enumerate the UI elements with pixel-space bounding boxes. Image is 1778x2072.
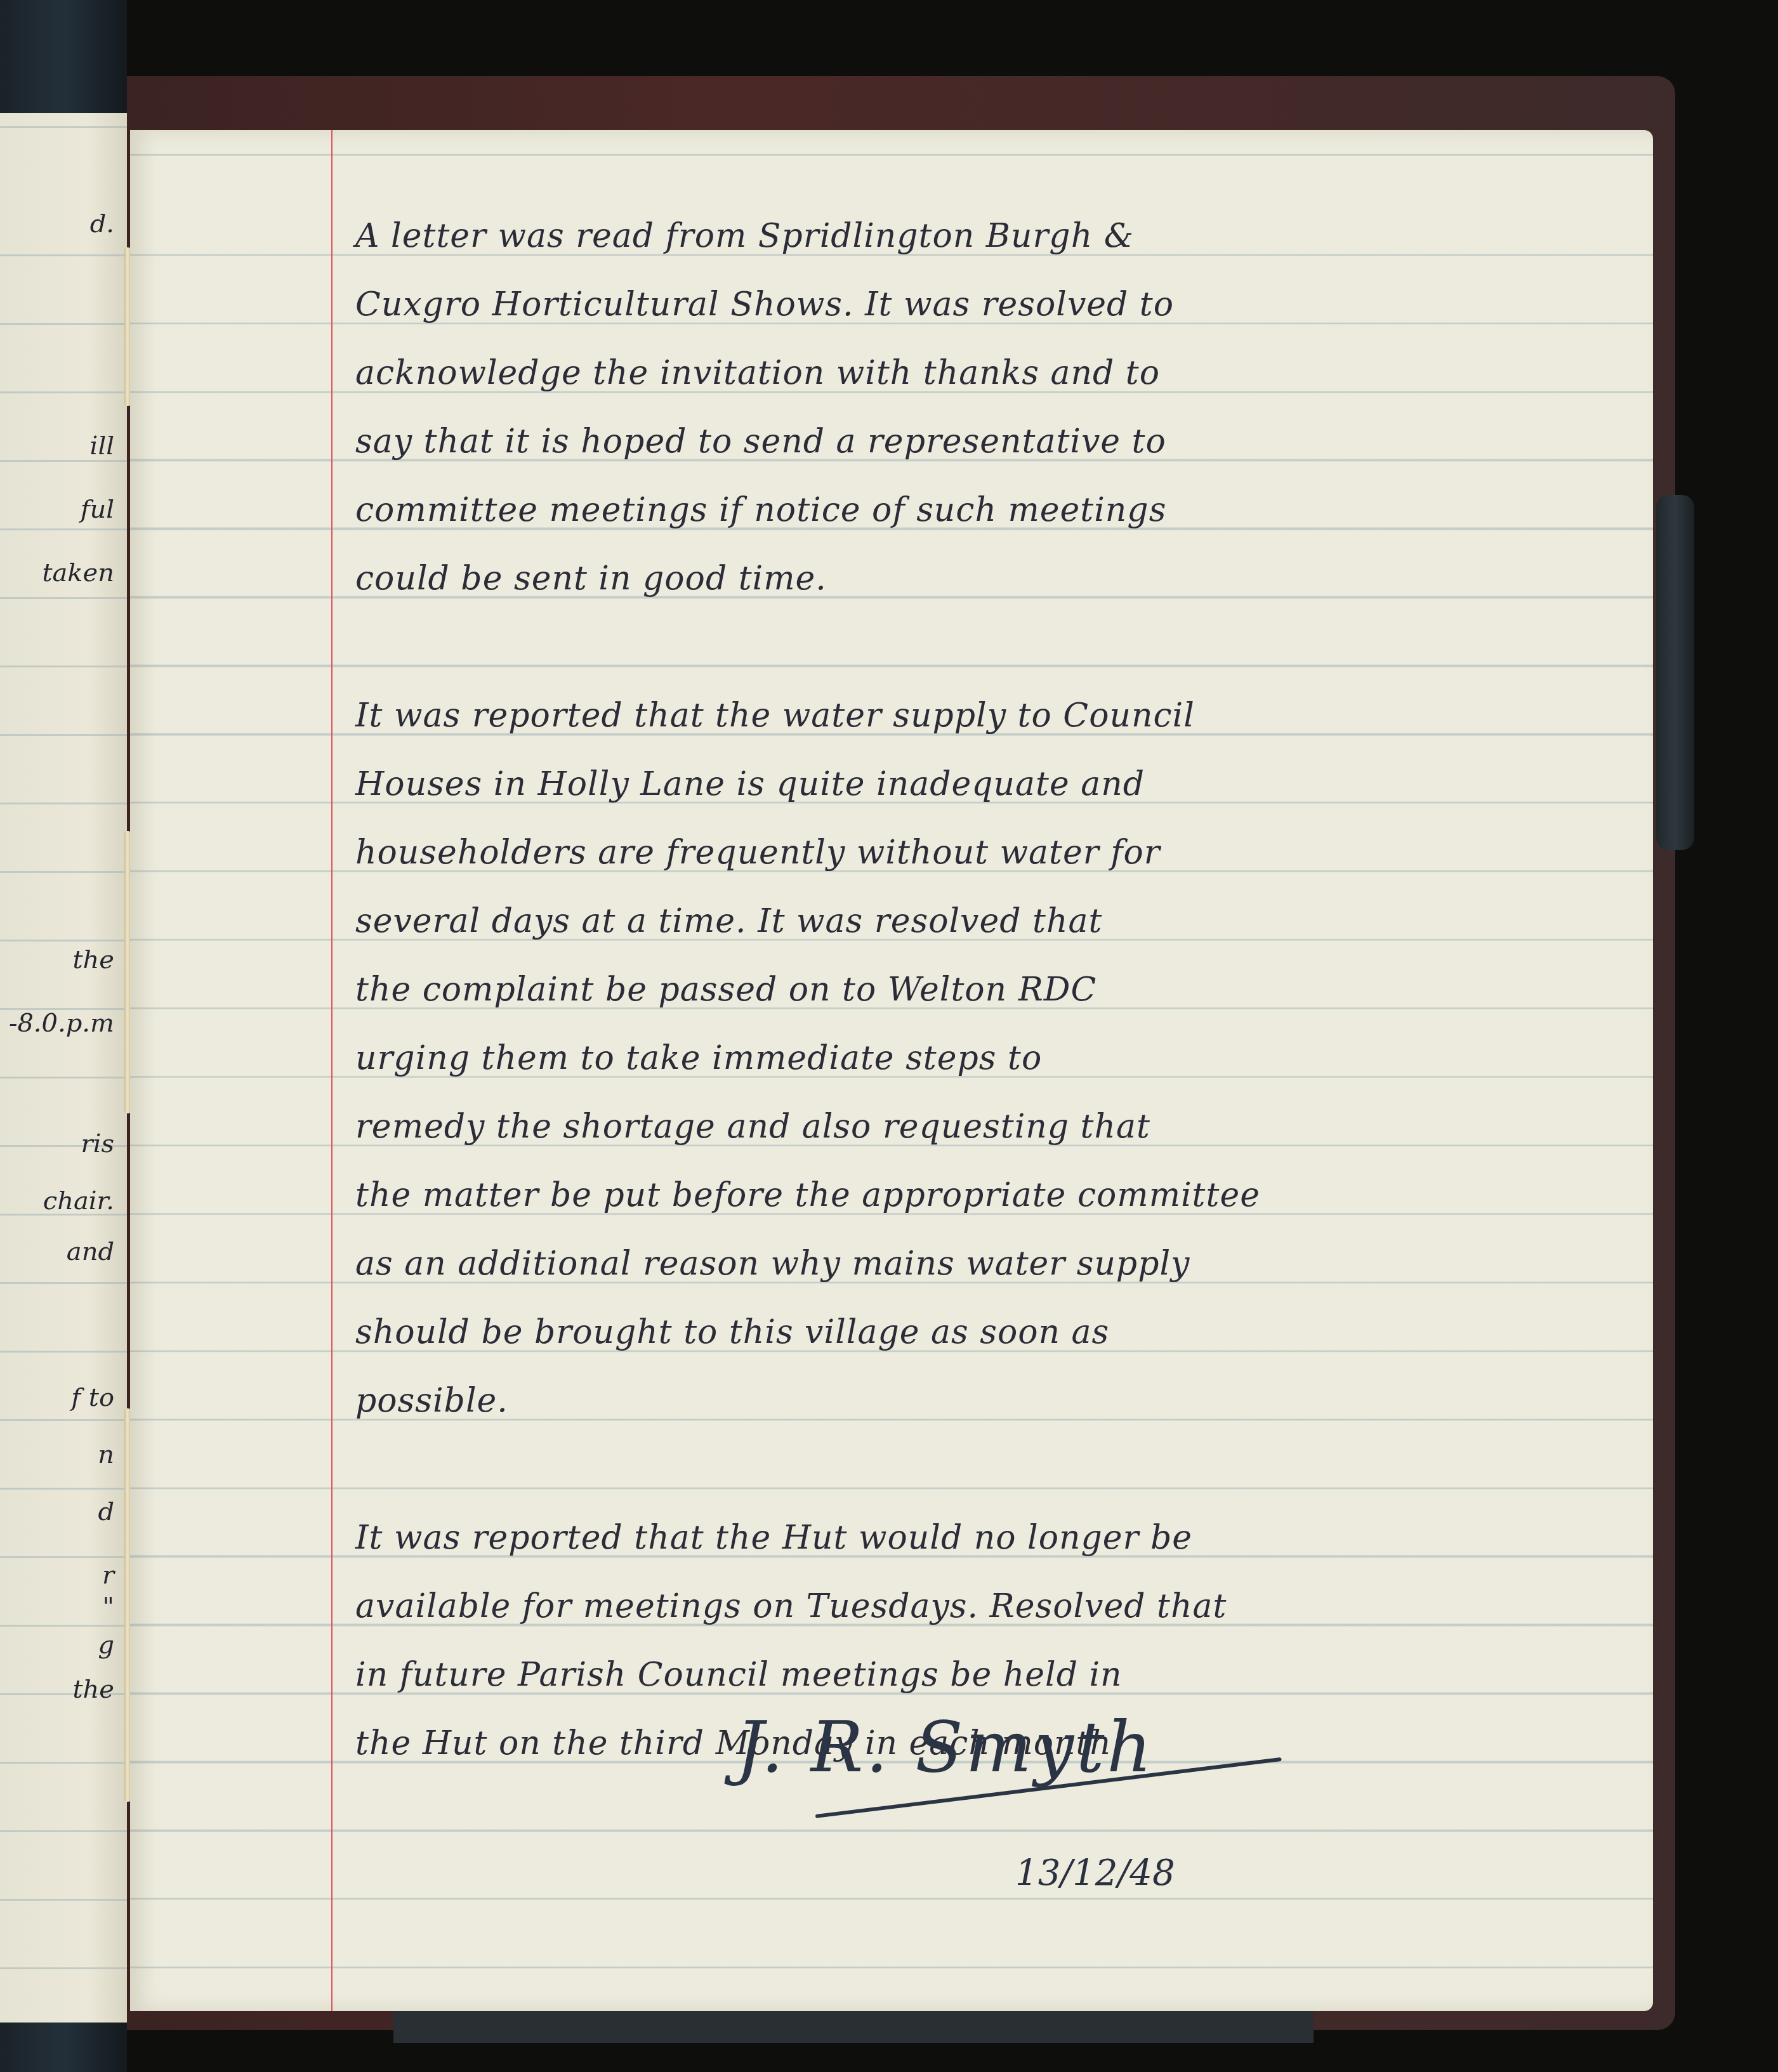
handwritten-line: should be brought to this village as soo…: [355, 1298, 1650, 1367]
left-page-fragment: f to: [71, 1383, 114, 1412]
left-page-fragment: taken: [42, 558, 114, 587]
left-page: d.illfultakenthe-8.0.p.mrischair.andf to…: [0, 113, 127, 2023]
left-page-fragment: ris: [81, 1129, 114, 1158]
left-page-rule-lines: [0, 113, 127, 2023]
minutes-text: A letter was read from Spridlington Burg…: [355, 202, 1650, 1778]
handwritten-line: possible.: [355, 1367, 1650, 1435]
paragraph-gap: [355, 1435, 1650, 1504]
left-page-fragment: g: [98, 1630, 114, 1660]
handwritten-line: the complaint be passed on to Welton RDC: [355, 955, 1650, 1024]
left-page-fragment: d.: [90, 209, 114, 239]
handwritten-line: Houses in Holly Lane is quite inadequate…: [355, 750, 1650, 818]
left-page-fragment: -8.0.p.m: [9, 1009, 114, 1038]
left-page-fragment: r: [102, 1561, 114, 1590]
margin-line: [331, 130, 333, 2011]
handwritten-line: available for meetings on Tuesdays. Reso…: [355, 1572, 1650, 1641]
left-page-fragment: the: [72, 1675, 114, 1704]
minute-paragraph: It was reported that the water supply to…: [355, 681, 1650, 1435]
handwritten-line: remedy the shortage and also requesting …: [355, 1092, 1650, 1161]
handwritten-line: several days at a time. It was resolved …: [355, 887, 1650, 955]
left-page-fragment: ill: [90, 431, 114, 461]
handwritten-line: It was reported that the water supply to…: [355, 681, 1650, 750]
minute-paragraph: A letter was read from Spridlington Burg…: [355, 202, 1650, 613]
handwritten-line: could be sent in good time.: [355, 544, 1650, 613]
handwritten-line: A letter was read from Spridlington Burg…: [355, 202, 1650, 270]
handwritten-line: as an additional reason why mains water …: [355, 1229, 1650, 1298]
handwritten-line: urging them to take immediate steps to: [355, 1024, 1650, 1092]
left-page-fragment: chair.: [43, 1186, 114, 1216]
handwritten-line: acknowledge the invitation with thanks a…: [355, 339, 1650, 407]
handwritten-line: Cuxgro Horticultural Shows. It was resol…: [355, 270, 1650, 339]
handwritten-line: committee meetings if notice of such mee…: [355, 476, 1650, 544]
handwritten-line: the matter be put before the appropriate…: [355, 1161, 1650, 1229]
bookmark-ribbon: [1656, 495, 1694, 850]
handwritten-line: say that it is hoped to send a represent…: [355, 407, 1650, 476]
chairman-signature: J. R. Smyth: [736, 1707, 1154, 1788]
left-page-fragment: n: [98, 1440, 114, 1469]
handwritten-line: in future Parish Council meetings be hel…: [355, 1641, 1650, 1709]
handwritten-line: householders are frequently without wate…: [355, 818, 1650, 887]
paragraph-gap: [355, 613, 1650, 681]
left-page-fragment: d: [98, 1497, 114, 1526]
left-page-fragment: the: [72, 945, 114, 974]
left-page-fragment: and: [67, 1237, 114, 1266]
signature-date: 13/12/48: [1015, 1852, 1175, 1894]
left-page-fragment: ful: [81, 495, 114, 524]
left-page-fragment: ": [103, 1592, 114, 1622]
handwritten-line: It was reported that the Hut would no lo…: [355, 1504, 1650, 1572]
